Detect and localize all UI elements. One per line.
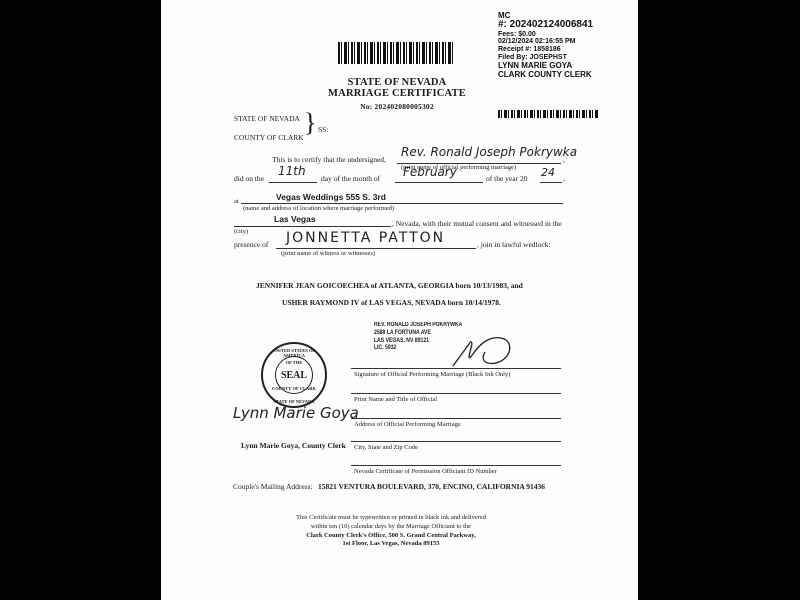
month-line	[395, 182, 483, 183]
city-value: Las Vegas	[274, 214, 316, 224]
officiant-stamp-line-1: REV. RONALD JOSEPH POKRYWKA	[374, 322, 462, 330]
presence-of: presence of	[234, 240, 268, 249]
signature-line-5	[351, 465, 561, 466]
footer-instructions: This Certificate must be typewritten or …	[221, 514, 561, 549]
stamp-receipt: Receipt #: 1858186	[498, 46, 593, 53]
footer-line-3: Clark County Clerk's Office, 500 S. Gran…	[221, 532, 561, 541]
footer-line-2: within ten (10) calendar days by the Mar…	[221, 523, 561, 532]
venue-brace: }	[304, 110, 316, 136]
footer-line-1: This Certificate must be typewritten or …	[221, 514, 561, 523]
city-suffix: , Nevada, with their mutual consent and …	[392, 219, 562, 228]
officiant-stamp-line-2: 2588 LA FORTUNA AVE	[374, 330, 462, 338]
clerk-signature-caption: Lynn Marie Goya, County Clerk	[241, 441, 346, 450]
of-the-year: of the year 20	[486, 174, 527, 183]
certify-prefix: This is to certify that the undersigned,	[272, 155, 386, 164]
year-comma: ,	[563, 174, 565, 183]
witness-suffix: , join in lawful wedlock:	[477, 240, 551, 249]
officiant-stamp-line-3: LAS VEGAS, NV 89121	[374, 338, 462, 346]
stamp-datetime: 02/12/2024 02:16:55 PM	[498, 38, 593, 45]
city-line	[234, 226, 391, 227]
officiant-stamp: REV. RONALD JOSEPH POKRYWKA 2588 LA FORT…	[374, 322, 462, 353]
stamp-filed-by: Filed By: JOSEPHST	[498, 54, 593, 61]
top-barcode	[338, 42, 455, 64]
party-1: JENNIFER JEAN GOICOECHEA of ATLANTA, GEO…	[256, 281, 523, 290]
witness-caption: (print name of witness or witnesses)	[281, 250, 375, 257]
year-handwritten: 24	[541, 166, 555, 179]
witness-line	[276, 248, 476, 249]
county-seal-icon: UNITED STATES OF AMERICA SEAL OF THE COU…	[261, 342, 327, 408]
location-caption: (name and address of location where marr…	[243, 205, 394, 212]
at-label: at	[234, 198, 239, 205]
day-handwritten: 11th	[278, 164, 306, 178]
mailing-address: 15821 VENTURA BOULEVARD, 370, ENCINO, CA…	[318, 482, 545, 491]
witness-handwritten: JONNETTA PATTON	[286, 230, 445, 246]
city-caption: (city)	[234, 228, 248, 235]
certificate-title: STATE OF NEVADA MARRIAGE CERTIFICATE No:…	[297, 77, 497, 111]
footer-line-4: 1st Floor, Las Vegas, Nevada 89155	[221, 540, 561, 549]
signature-field-4: City, State and Zip Code	[354, 444, 418, 451]
mailing-label: Couple's Mailing Address:	[233, 482, 313, 491]
month-handwritten: February	[403, 165, 457, 179]
seal-inner-bottom: COUNTY OF CLARK	[263, 386, 325, 391]
venue-state: STATE OF NEVADA	[234, 114, 300, 123]
signature-field-5: Nevada Certificate of Permission Officia…	[354, 468, 497, 475]
recording-stamp: MC #: 202402124006841 Fees: $0.00 02/12/…	[498, 12, 593, 79]
title-line-2: MARRIAGE CERTIFICATE	[297, 88, 497, 99]
stamp-number: #: 202402124006841	[498, 20, 593, 31]
day-line	[269, 182, 317, 183]
certificate-number: No: 202402080005302	[297, 102, 497, 111]
venue-county: COUNTY OF CLARK	[234, 133, 304, 142]
venue-ss: SS:	[318, 125, 328, 134]
title-line-1: STATE OF NEVADA	[297, 77, 497, 88]
did-on-the: did on the	[234, 174, 264, 183]
location-value: Vegas Weddings 555 S. 3rd	[276, 192, 386, 202]
marriage-certificate-page: MC #: 202402124006841 Fees: $0.00 02/12/…	[161, 0, 638, 600]
location-line	[241, 203, 563, 204]
signature-field-1: Signature of Official Performing Marriag…	[354, 371, 510, 378]
officiant-handwritten: Rev. Ronald Joseph Pokrywka	[401, 145, 577, 159]
year-line	[540, 182, 562, 183]
stamp-barcode	[498, 110, 598, 118]
officiant-stamp-line-4: LIC. 5932	[374, 345, 462, 353]
stamp-clerk-title: CLARK COUNTY CLERK	[498, 71, 593, 79]
signature-line-2	[351, 393, 561, 394]
officiant-signature	[451, 330, 521, 370]
stamp-fees: Fees: $0.00	[498, 31, 593, 38]
signature-line-4	[351, 441, 561, 442]
signature-field-2: Print Name and Title of Official	[354, 396, 437, 403]
day-of-month: day of the month of	[321, 174, 380, 183]
signature-line-3	[351, 418, 561, 419]
officiant-comma: ,	[563, 155, 565, 164]
signature-line-1	[351, 368, 561, 369]
signature-field-3: Address of Official Performing Marriage	[354, 421, 461, 428]
seal-inner-top: OF THE	[263, 360, 325, 365]
party-2: USHER RAYMOND IV of LAS VEGAS, NEVADA bo…	[282, 298, 501, 307]
clerk-signature-handwritten: Lynn Marie Goya	[233, 404, 359, 422]
